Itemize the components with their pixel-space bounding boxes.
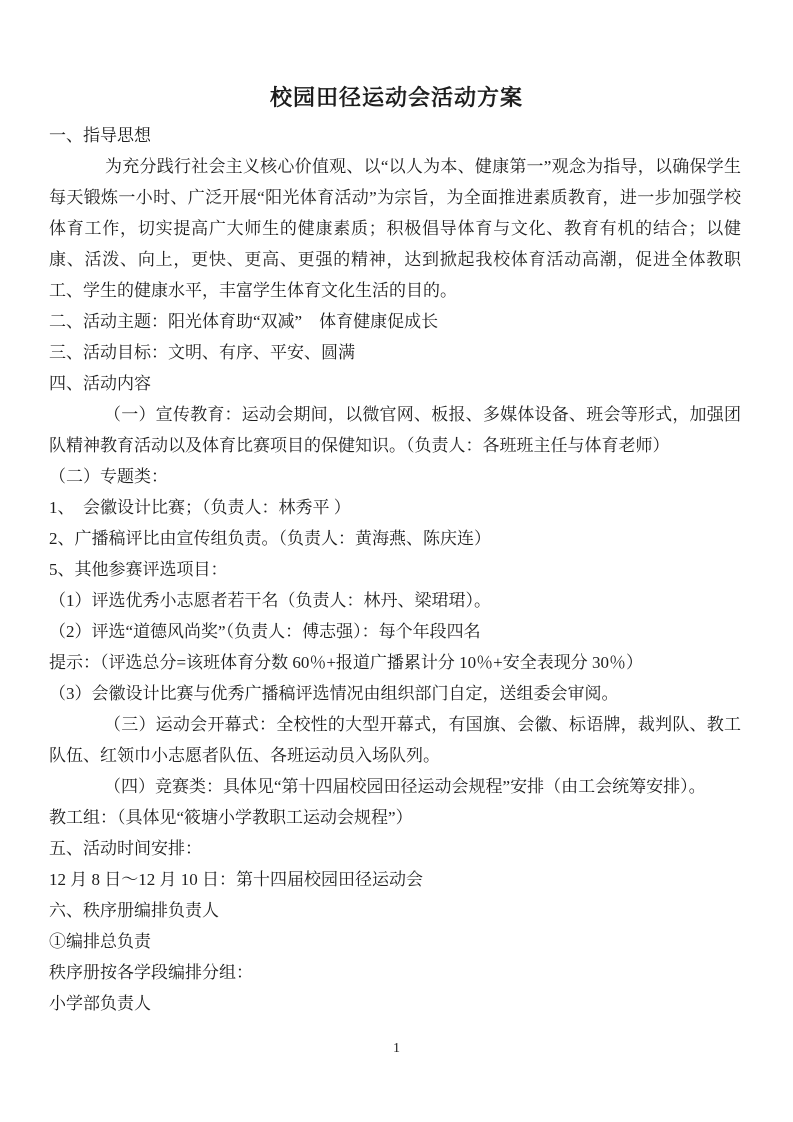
item-publicity-education: （一）宣传教育：运动会期间，以微官网、板报、多媒体设备、班会等形式，加强团队精神…: [49, 399, 741, 461]
line-editing-groups: 秩序册按各学段编排分组：: [49, 957, 741, 988]
item-competition-category: （四）竞赛类：具体见“第十四届校园田径运动会规程”安排（由工会统筹安排）。: [49, 771, 741, 802]
item-emblem-review-note: （3）会徽设计比赛与优秀广播稿评选情况由组织部门自定，送组委会审阅。: [49, 678, 741, 709]
item-broadcast-review: 2、广播稿评比由宣传组负责。（负责人：黄海燕、陈庆连）: [49, 523, 741, 554]
heading-activity-goal: 三、活动目标：文明、有序、平安、圆满: [49, 337, 741, 368]
document-page: 校园田径运动会活动方案 一、指导思想 为充分践行社会主义核心价值观、以“以人为本…: [0, 0, 793, 1122]
heading-activity-theme: 二、活动主题：阳光体育助“双减” 体育健康促成长: [49, 306, 741, 337]
document-title: 校园田径运动会活动方案: [0, 0, 793, 112]
intro-paragraph: 为充分践行社会主义核心价值观、以“以人为本、健康第一”观念为指导，以确保学生每天…: [49, 151, 741, 306]
item-staff-group: 教工组：（具体见“筱塘小学教职工运动会规程”）: [49, 802, 741, 833]
line-schedule-date: 12 月 8 日～12 月 10 日：第十四届校园田径运动会: [49, 864, 741, 895]
page-number: 1: [0, 1040, 793, 1057]
item-morality-award: （2）评选“道德风尚奖”（负责人：傅志强）：每个年段四名: [49, 616, 741, 647]
document-body: 一、指导思想 为充分践行社会主义核心价值观、以“以人为本、健康第一”观念为指导，…: [49, 120, 741, 1019]
heading-program-book-editors: 六、秩序册编排负责人: [49, 895, 741, 926]
heading-time-schedule: 五、活动时间安排：: [49, 833, 741, 864]
item-emblem-design-contest: 1、 会徽设计比赛；（负责人：林秀平 ）: [49, 492, 741, 523]
item-special-topics: （二）专题类：: [49, 461, 741, 492]
item-opening-ceremony: （三）运动会开幕式：全校性的大型开幕式，有国旗、会徽、标语牌，裁判队、教工队伍、…: [49, 709, 741, 771]
line-chief-editor: ①编排总负责: [49, 926, 741, 957]
item-volunteer-selection: （1）评选优秀小志愿者若干名（负责人：林丹、梁珺珺）。: [49, 585, 741, 616]
heading-activity-content: 四、活动内容: [49, 368, 741, 399]
item-tip-score-formula: 提示：（评选总分=该班体育分数 60％+报道广播累计分 10％+安全表现分 30…: [49, 647, 741, 678]
heading-guiding-ideology: 一、指导思想: [49, 120, 741, 151]
item-other-selections: 5、其他参赛评选项目：: [49, 554, 741, 585]
line-primary-section-lead: 小学部负责人: [49, 988, 741, 1019]
